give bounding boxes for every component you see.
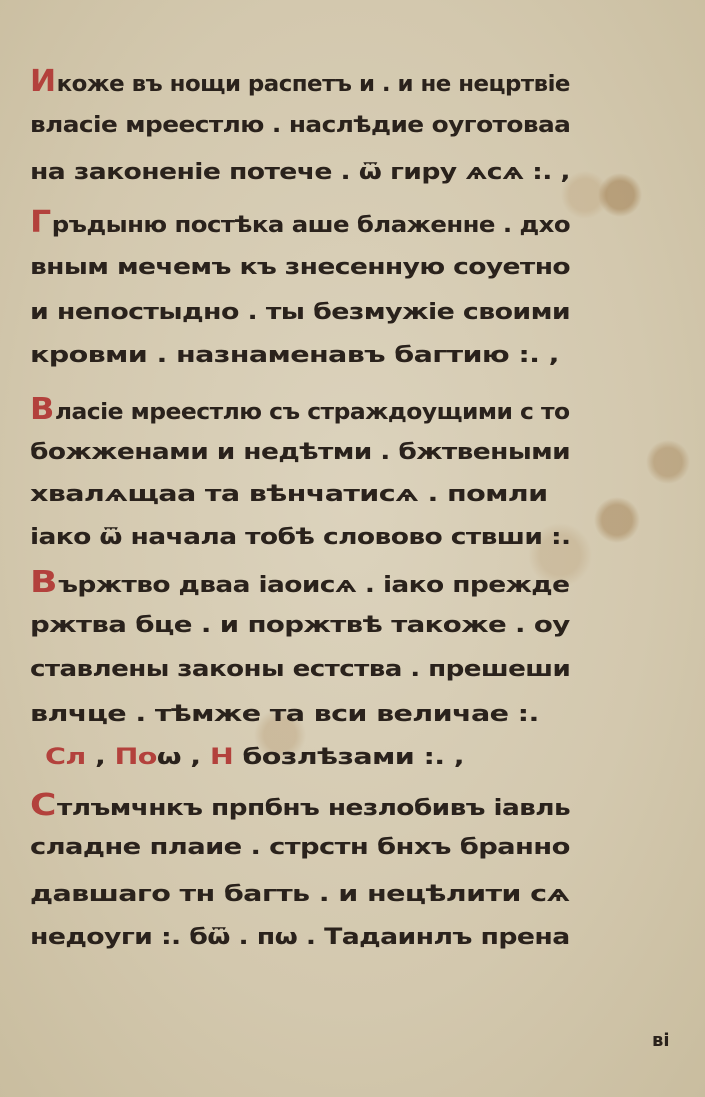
text-line-12: Вържтво дваа iаоисѧ . iако прежде <box>30 565 569 600</box>
text-line-6: и непостыдно . ты безмужiе своими <box>30 300 570 325</box>
text-line-2: власiе мреестлю . наслѣдие оуготоваа <box>30 113 570 138</box>
text-line-14: ставлены законы естства . прешеши <box>30 657 570 682</box>
text-line-8: Власiе мреестлю съ страждоущими с то <box>30 392 570 427</box>
rubric-mark: По <box>114 745 156 770</box>
red-initial: В <box>30 565 57 600</box>
red-initial: В <box>30 392 54 427</box>
text-line-20: недоуги :. бѿ . пѡ . Тадаинлъ прена <box>30 925 570 950</box>
red-initial: С <box>30 788 56 823</box>
text-line-3: на законенiе потече . ѿ гиру ѧсѧ :. , <box>30 160 570 185</box>
text-line-13: ржтва бце . и поржтвѣ такоже . оу <box>30 613 570 638</box>
text-line-17: Стлъмчнкъ прпбнъ незлобивъ iавль <box>30 788 570 823</box>
text-line-11: iако ѿ начала тобѣ словово ствши :. <box>30 525 570 550</box>
text-line-18: сладне плаие . стрстн бнхъ бранно <box>30 835 570 860</box>
text-line-9: божженами и недѣтми . бжтвеными <box>30 440 570 465</box>
rubric-mark: Н <box>210 745 233 770</box>
text-line-7: кровми . назнаменавъ багтию :. , <box>30 343 559 368</box>
rubric-mark: Сл <box>45 745 86 770</box>
text-line-5: вным мечемъ къ знесенную соуетно <box>30 255 570 280</box>
red-initial: Г <box>30 205 51 240</box>
text-line-1: Икоже въ нощи распетъ и . и не нецртвiе <box>30 64 570 99</box>
text-line-16-rubric: Сл , Поѡ , Н бозлѣзами :. , <box>45 745 464 770</box>
folio-number: ві <box>652 1030 670 1051</box>
red-initial: И <box>30 64 56 99</box>
text-line-10: хвалѧщаа та вѣнчатисѧ . помли <box>30 482 548 507</box>
text-line-4: Гръдыню постѣка аше блаженне . дхо <box>30 205 570 240</box>
text-line-19: давшаго тн багть . и нецѣлити сѧ <box>30 882 570 907</box>
manuscript-page: Икоже въ нощи распетъ и . и не нецртвiе … <box>0 0 705 1097</box>
text-line-15: влчце . тѣмже та вси величае :. <box>30 702 539 727</box>
